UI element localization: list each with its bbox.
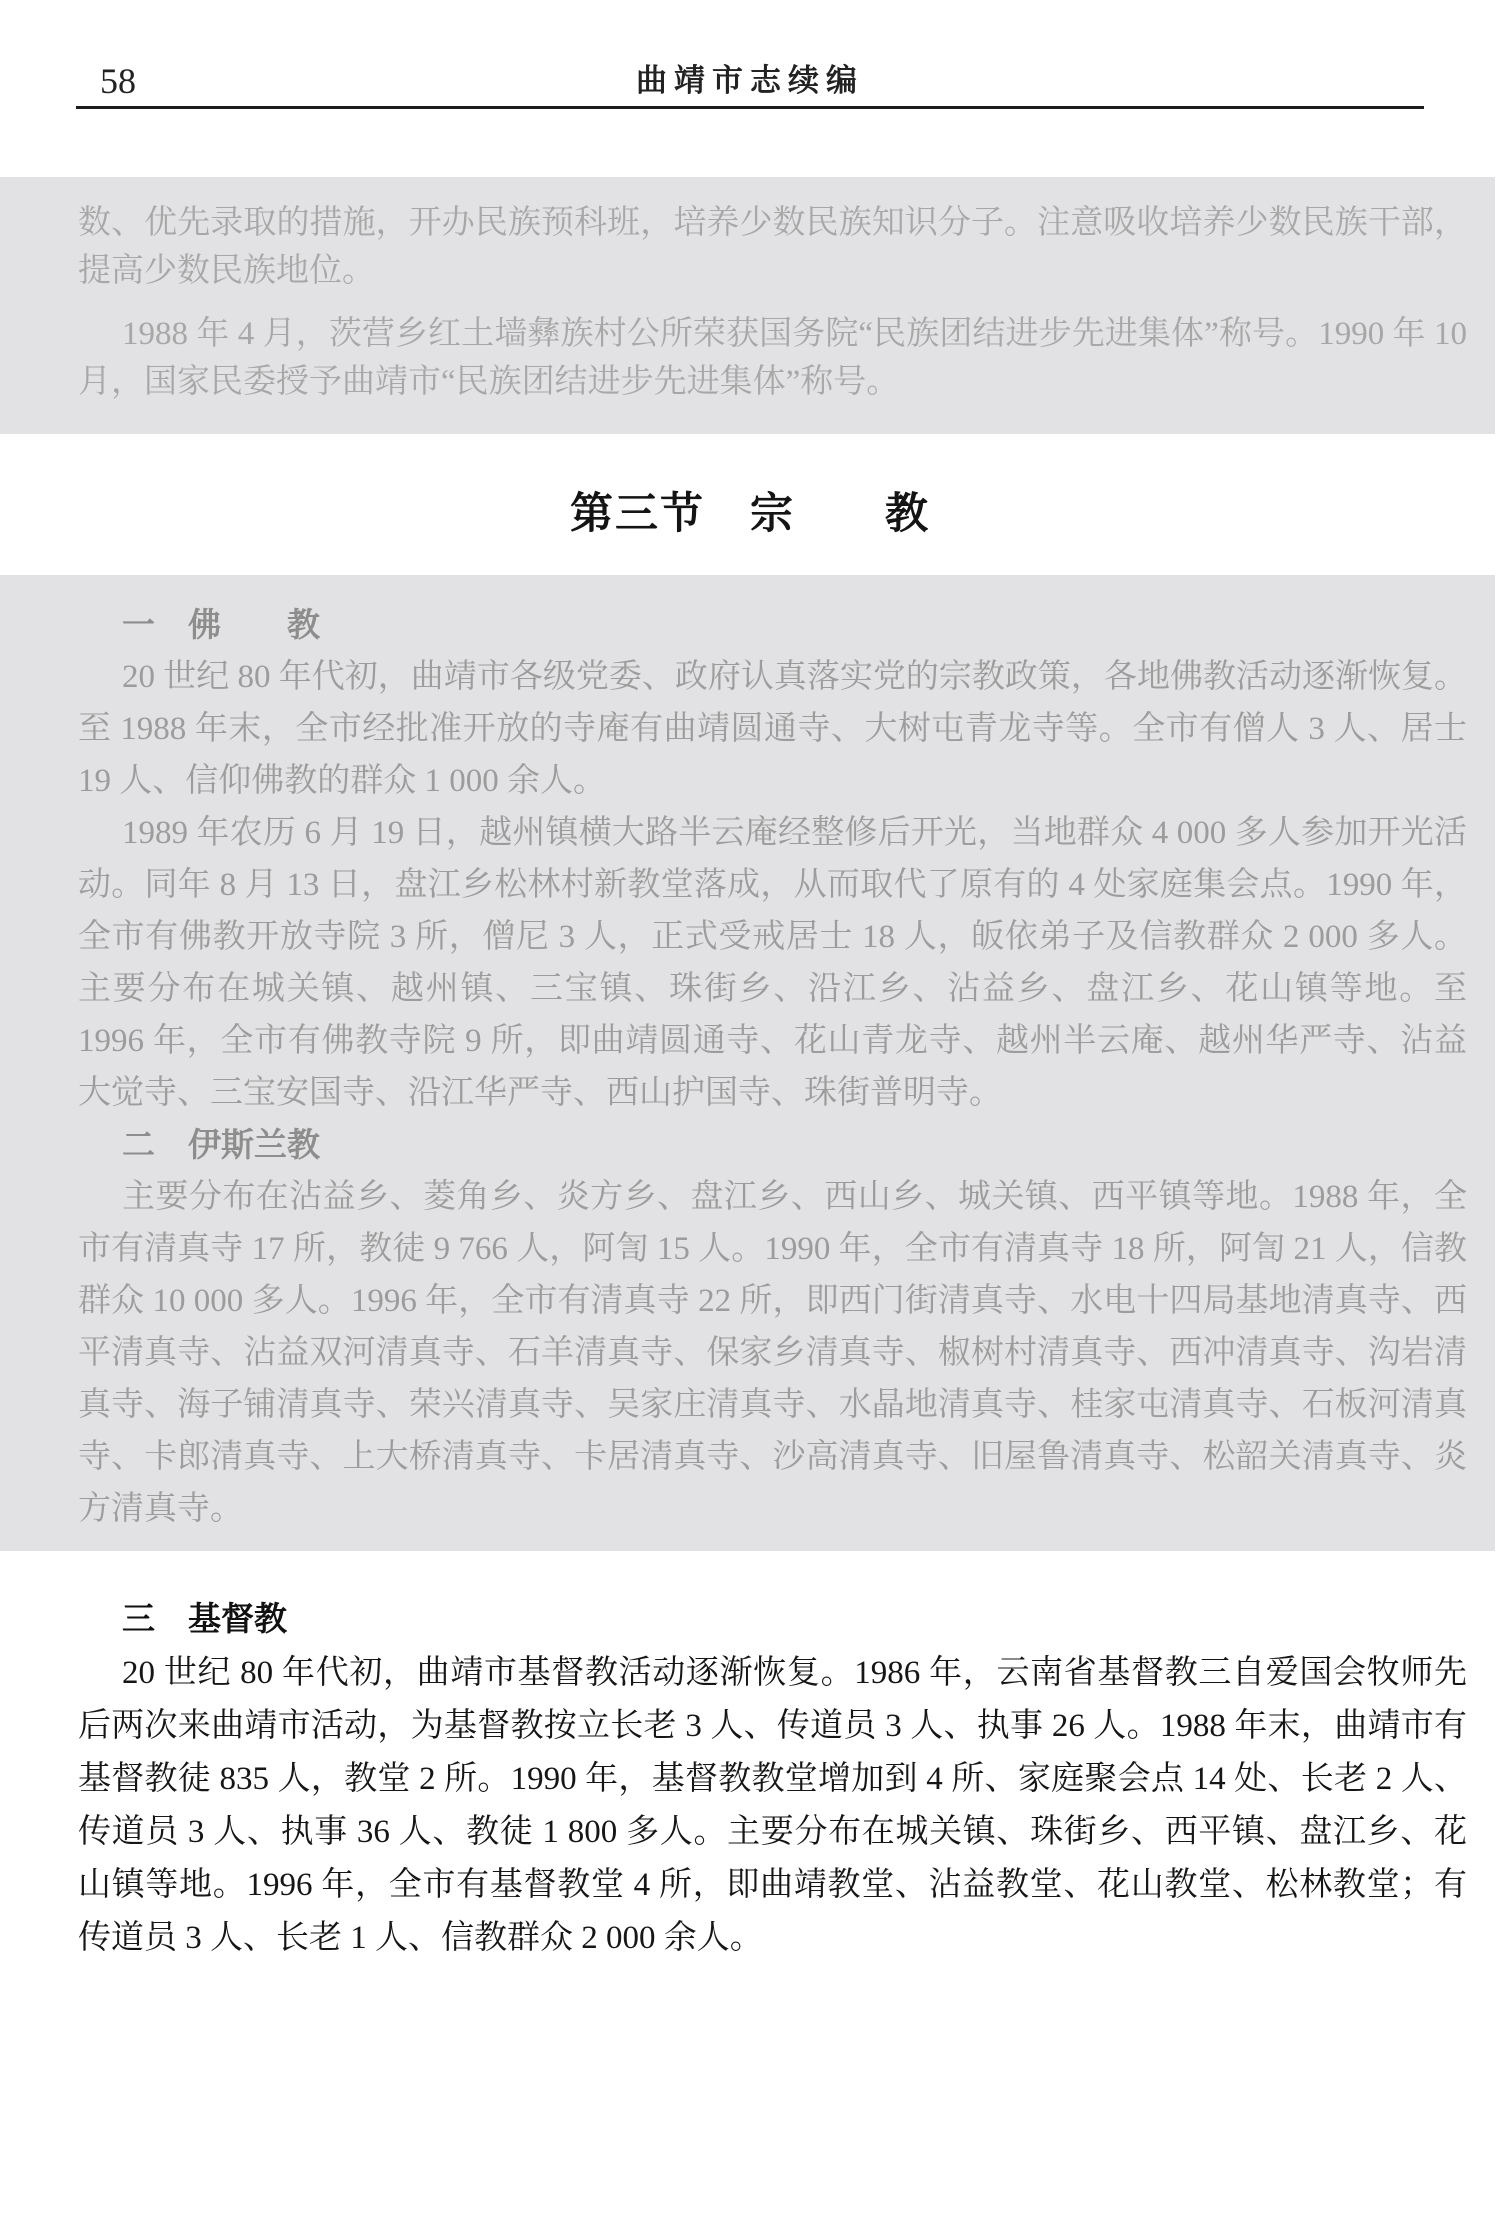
body-paragraph: 数、优先录取的措施，开办民族预科班，培养少数民族知识分子。注意吸收培养少数民族干… (78, 199, 1467, 295)
scan-highlight-block-minority-policy: 数、优先录取的措施，开办民族预科班，培养少数民族知识分子。注意吸收培养少数民族干… (0, 177, 1495, 434)
body-paragraph: 20 世纪 80 年代初，曲靖市基督教活动逐渐恢复。1986 年，云南省基督教三… (78, 1647, 1467, 1965)
body-paragraph: 1988 年 4 月，茨营乡红土墙彝族村公所荣获国务院“民族团结进步先进集体”称… (78, 310, 1467, 406)
body-paragraph: 20 世纪 80 年代初，曲靖市各级党委、政府认真落实党的宗教政策，各地佛教活动… (78, 651, 1467, 807)
page-header: 58 曲靖市志续编 (76, 0, 1424, 109)
subsection-heading-islam: 二 伊斯兰教 (122, 1119, 1467, 1171)
book-page: 58 曲靖市志续编 数、优先录取的措施，开办民族预科班，培养少数民族知识分子。注… (0, 0, 1500, 2226)
body-paragraph: 主要分布在沾益乡、菱角乡、炎方乡、盘江乡、西山乡、城关镇、西平镇等地。1988 … (78, 1171, 1467, 1535)
section-christianity: 三 基督教 20 世纪 80 年代初，曲靖市基督教活动逐渐恢复。1986 年，云… (0, 1551, 1495, 1965)
running-title: 曲靖市志续编 (636, 55, 864, 100)
page-number: 58 (100, 60, 136, 102)
subsection-heading-buddhism: 一 佛 教 (122, 599, 1467, 651)
subsection-heading-christianity: 三 基督教 (122, 1593, 1467, 1645)
scan-highlight-block-religion: 一 佛 教 20 世纪 80 年代初，曲靖市各级党委、政府认真落实党的宗教政策，… (0, 575, 1495, 1551)
section-title: 第三节 宗 教 (0, 480, 1500, 541)
body-paragraph: 1989 年农历 6 月 19 日，越州镇横大路半云庵经整修后开光，当地群众 4… (78, 807, 1467, 1119)
